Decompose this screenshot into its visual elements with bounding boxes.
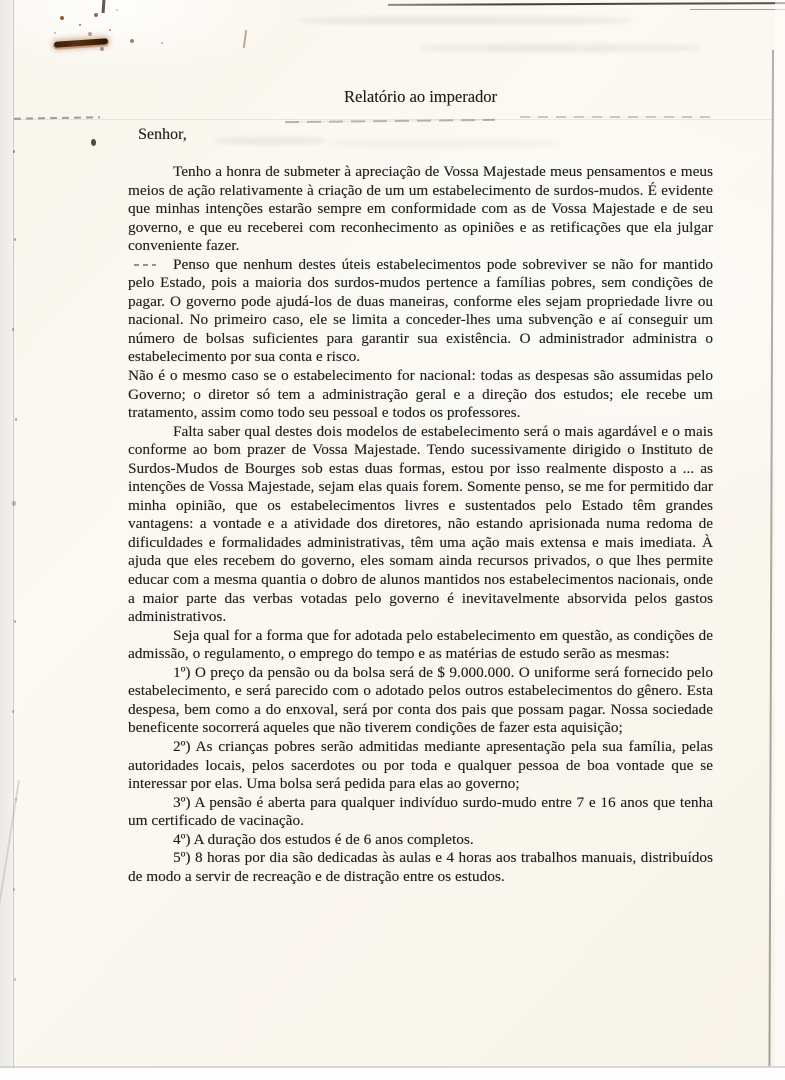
- paragraph: 1º) O preço da pensão ou da bolsa será d…: [128, 664, 713, 738]
- paragraph: Seja qual for a forma que for adotada pe…: [128, 627, 713, 664]
- bleed-through-ghost: [330, 140, 560, 147]
- crease-dash-right: [520, 116, 710, 118]
- paragraph: Falta saber qual destes dois modelos de …: [128, 423, 713, 627]
- scan-line-top-secondary: [690, 9, 785, 10]
- paragraph: Tenho a honra de submeter à apreciação d…: [128, 163, 713, 256]
- scanner-edge-bottom: [0, 1068, 785, 1080]
- paragraph: Não é o mesmo caso se o estabelecimento …: [128, 367, 713, 423]
- bleed-through-ghost: [300, 16, 630, 25]
- paragraph: 4º) A duração dos estudos é de 6 anos co…: [128, 831, 713, 850]
- rust-stains: [60, 16, 64, 20]
- paragraph: 3º) A pensão é aberta para qualquer indi…: [128, 794, 713, 831]
- document-body: Tenho a honra de submeter à apreciação d…: [128, 163, 713, 886]
- document-title: Relatório ao imperador: [128, 87, 713, 107]
- scanned-document: Relatório ao imperador Senhor, Tenho a h…: [0, 0, 785, 1080]
- scanner-edge-left: [0, 0, 14, 1068]
- paragraph: 5º) 8 horas por dia são dedicadas às aul…: [128, 849, 713, 886]
- bleed-through-ghost: [215, 137, 325, 145]
- bleed-through-ghost: [420, 44, 700, 52]
- salutation: Senhor,: [138, 126, 187, 144]
- paragraph: Penso que nenhum destes úteis estabeleci…: [128, 256, 713, 367]
- paragraph: 2º) As crianças pobres serão admitidas m…: [128, 738, 713, 794]
- torn-edge-specks: [13, 150, 15, 153]
- scanner-edge-right: [775, 0, 785, 1068]
- ink-dot: [91, 139, 96, 146]
